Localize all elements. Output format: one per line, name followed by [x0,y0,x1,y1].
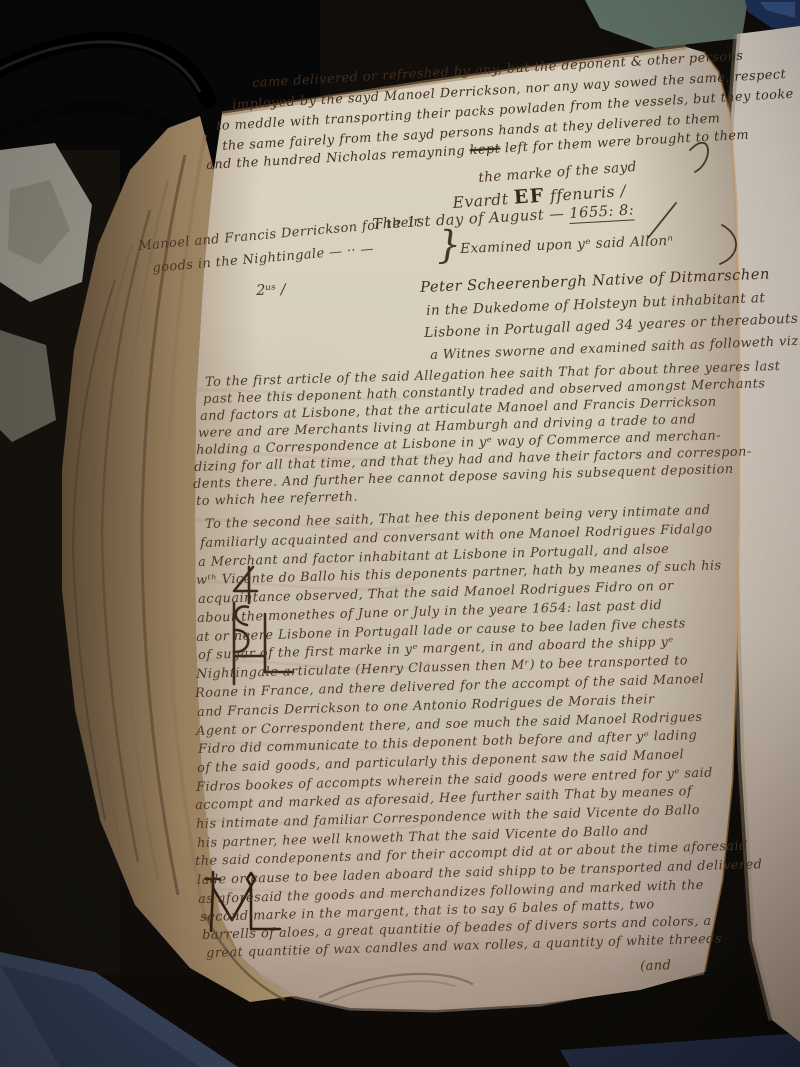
signature-initials: EF [513,185,545,209]
witness-number: 2ᵘˢ / [256,283,286,299]
date-year: 1655: 8: [569,201,635,224]
struck-word: kept [469,142,500,159]
brace-glyph: } [436,225,462,264]
catchword: (and [640,959,671,973]
manuscript-photo: came delivered or refreshed by any, but … [0,0,800,1067]
